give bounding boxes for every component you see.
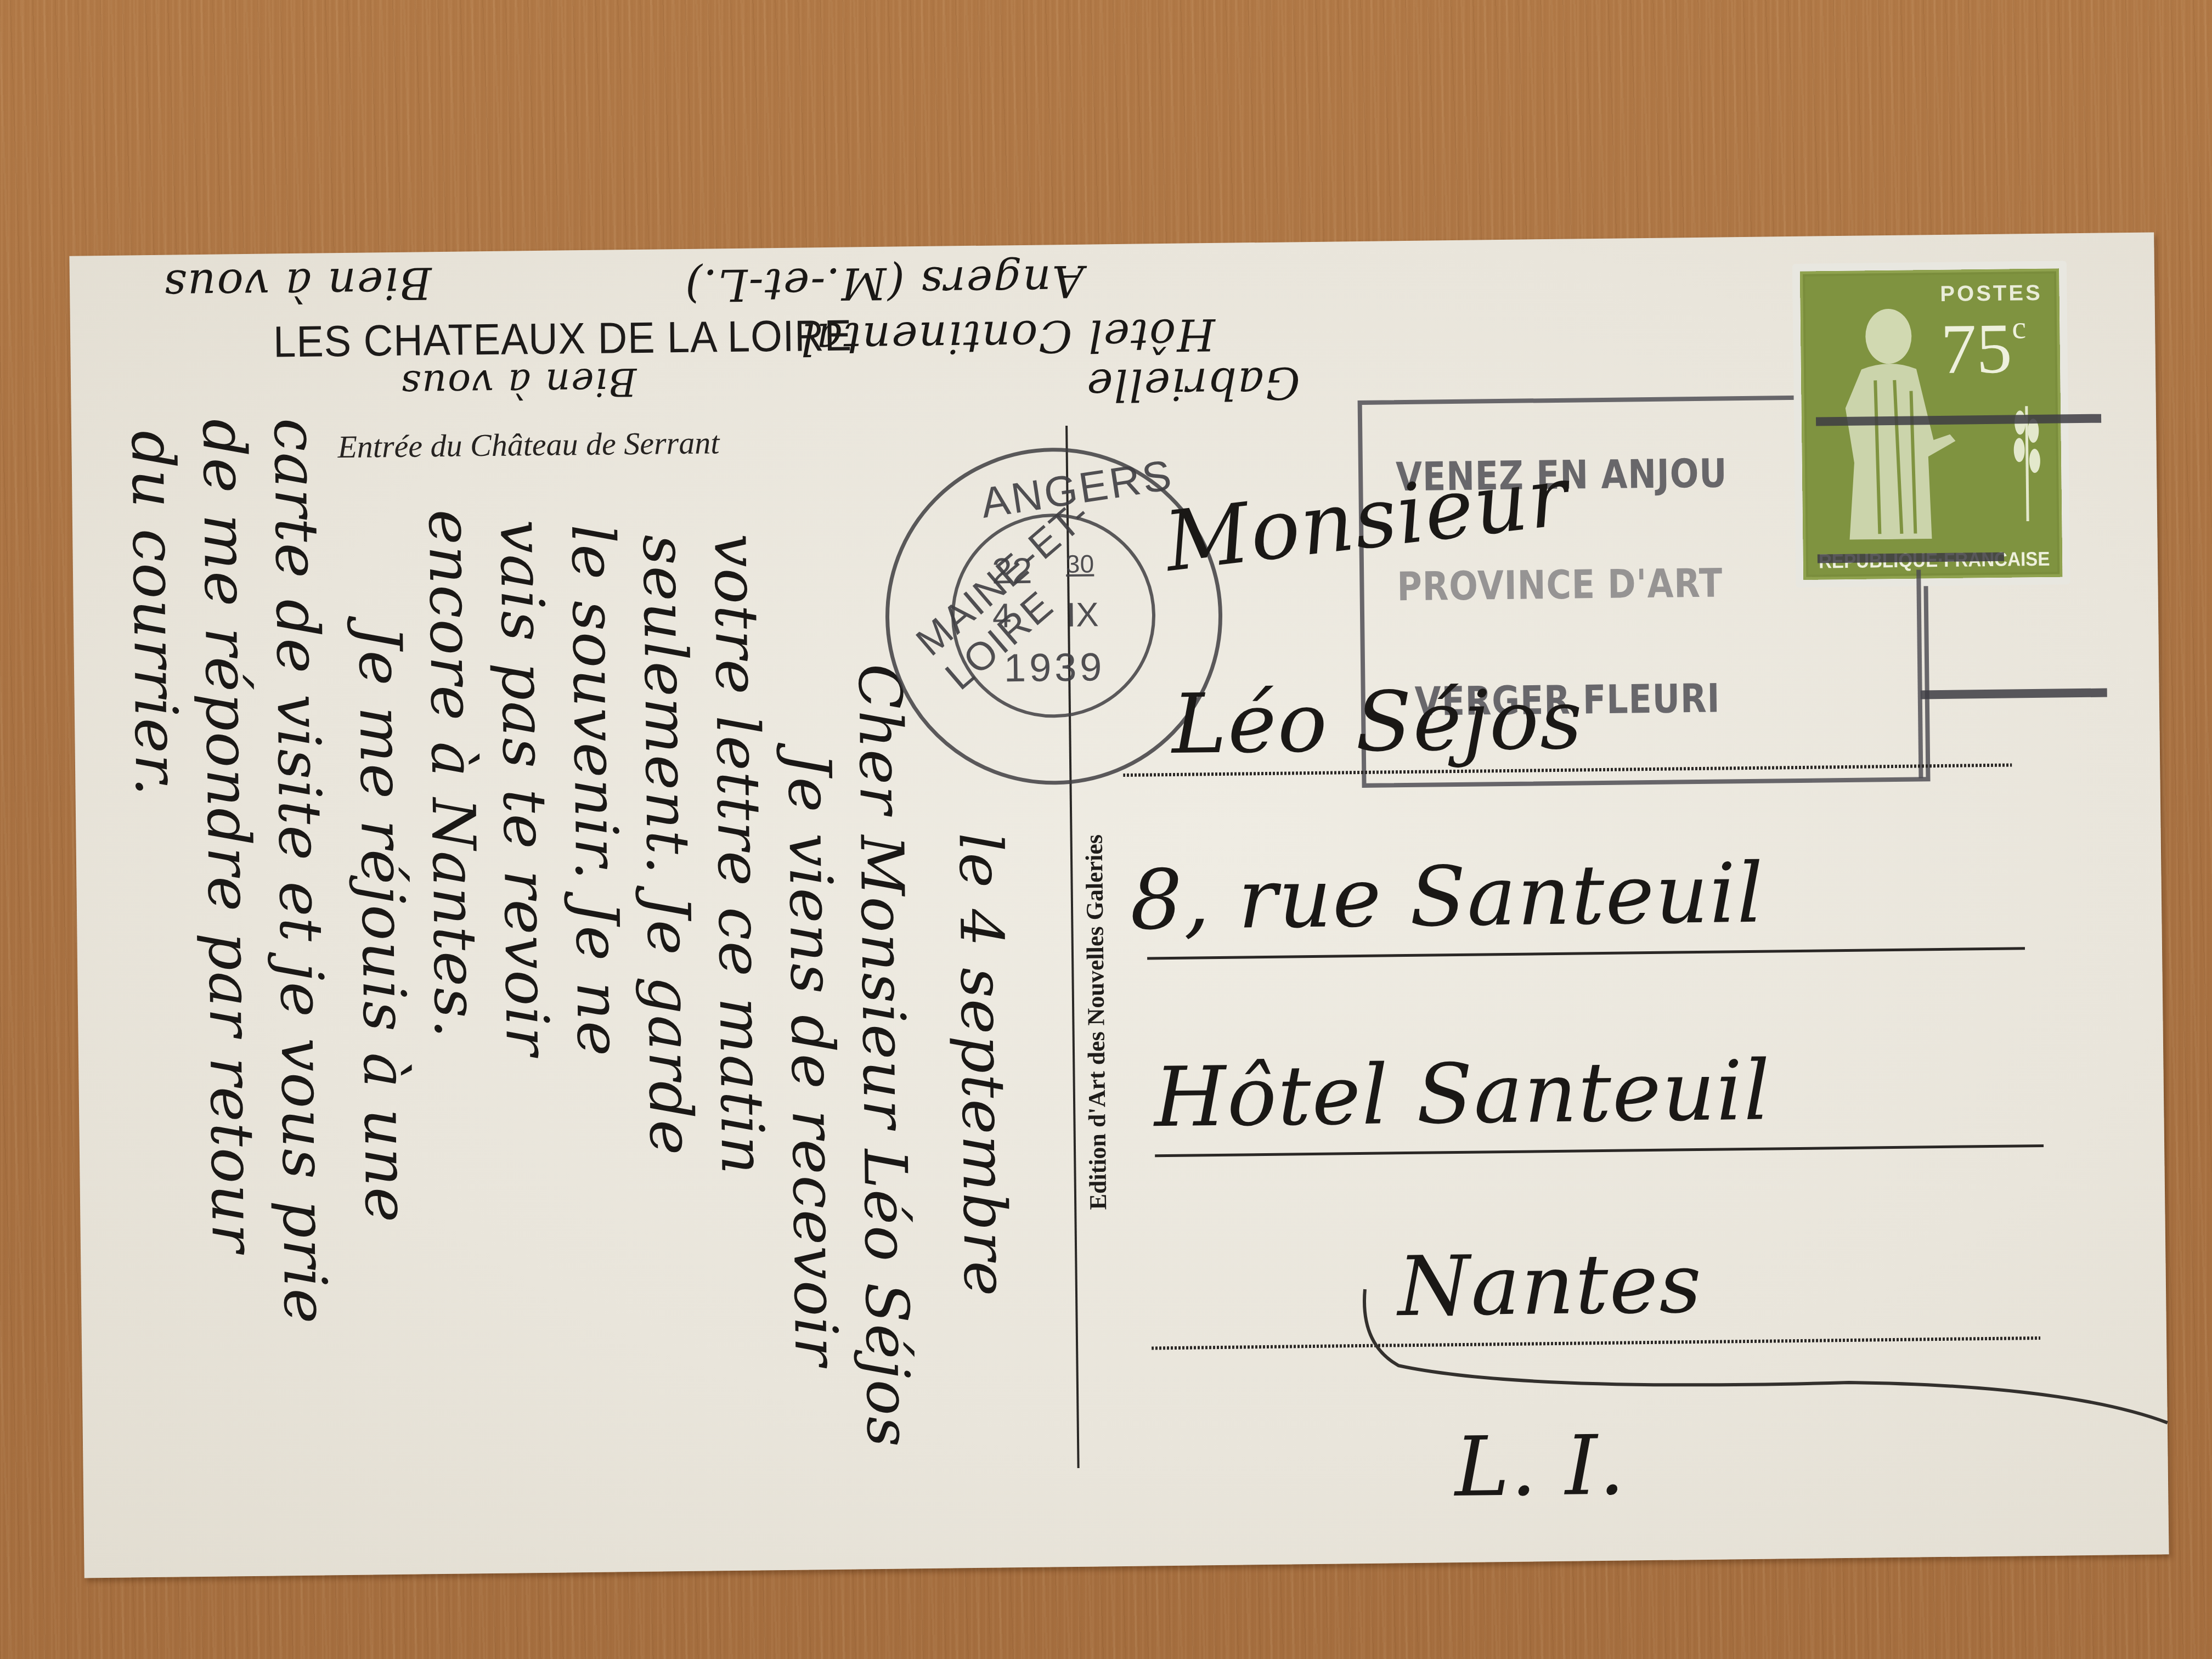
- stamp-value: 75c: [1940, 307, 2027, 391]
- postcard: LES CHATEAUX DE LA LOIRE Entrée du Châte…: [69, 233, 2169, 1578]
- postmark-month: IX: [1066, 595, 1099, 635]
- address-line-3: [1155, 1144, 2044, 1157]
- cancel-bar: [1921, 689, 2107, 699]
- stamp-value-unit: c: [2012, 309, 2026, 345]
- message-line: votre lettre ce matin: [701, 533, 776, 1176]
- message-line: Je viens de recevoir: [775, 752, 850, 1367]
- address-region: L. I.: [1454, 1418, 1627, 1516]
- message-line: le souvenir. Je ne: [558, 524, 633, 1058]
- return-note-line: Hôtel Continental: [800, 309, 1216, 365]
- return-note-line: Gabrielle: [1086, 357, 1301, 410]
- message-line: le 4 septembre: [945, 832, 1019, 1297]
- address-line-2: [1147, 947, 2025, 960]
- stamp-label: POSTES: [1940, 281, 2042, 307]
- return-note-line: Bien à vous: [400, 359, 637, 407]
- address-hotel: Hôtel Santeuil: [1154, 1043, 1771, 1146]
- postmark-day: 4: [992, 596, 1012, 635]
- return-note-line: Bien à vous: [163, 257, 432, 312]
- message-line: du courrier.: [118, 430, 191, 797]
- address-street: 8, rue Santeuil: [1130, 846, 1765, 949]
- message-line: vais pas te revoir: [487, 520, 561, 1057]
- message-line: de me répondre par retour: [189, 419, 267, 1254]
- message-line: encore à Nantes.: [415, 509, 490, 1039]
- stamp-value-number: 75: [1940, 309, 2013, 388]
- slogan-line: PROVINCE D'ART: [1397, 560, 1723, 610]
- postmark-year: 1939: [1004, 645, 1105, 691]
- printed-subtitle: Entrée du Château de Serrant: [337, 424, 720, 465]
- printed-title: LES CHATEAUX DE LA LOIRE: [273, 310, 853, 367]
- message-line: Je me réjouis à une: [345, 625, 420, 1224]
- message-line: seulement. Je garde: [629, 534, 705, 1156]
- address-name: Léo Séjos: [1171, 672, 1584, 772]
- return-note-line: Angers (M.-et-L.): [684, 256, 1084, 311]
- publisher-imprint: Edition d'Art des Nouvelles Galeries: [1080, 834, 1113, 1210]
- postmark-hour: 22: [992, 550, 1032, 592]
- message-line: carte de visite et je vous prie: [261, 417, 340, 1325]
- postmark-minute: 30: [1066, 549, 1094, 579]
